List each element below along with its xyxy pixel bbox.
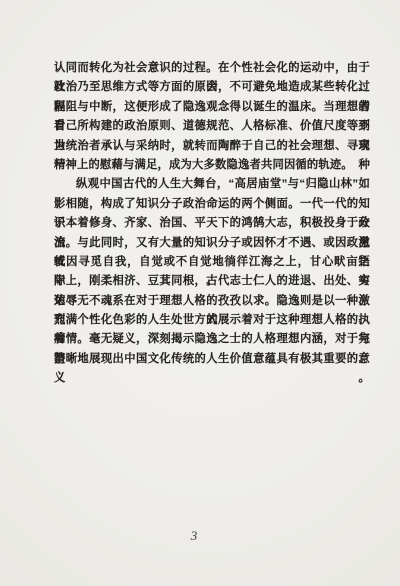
text-line: 充满个性化色彩的人生处世方式展示着对于这种理想人格的执着与 (54, 311, 370, 330)
text-line: 影相随，构成了知识分子政治命运的两个侧面。一代一代的知识分 (54, 195, 370, 214)
paragraph: 纵观中国古代的人生大舞台，“高居庙堂”与“归隐山林”如 影相随，构成了知识分子政… (54, 175, 370, 369)
text-line: 认同而转化为社会意识的过程。在个性社会化的运动中，由于社会、 (54, 59, 370, 78)
text-line: 纵观中国古代的人生大舞台，“高居庙堂”与“归隐山林”如 (54, 175, 370, 194)
text-line: 际上，刚柔相济、豆萁同根，古代志士仁人的进退、出处、穷达、 (54, 272, 370, 291)
text-line: 世统治者承认与采纳时，就转而陶醉于自己的社会理想、寻求一种 (54, 137, 370, 156)
text-line: 清晰地展现出中国文化传统的人生价值意蕴具有极其重要的意义。 (54, 350, 370, 369)
text-line: 或因寻觅自我，自觉或不自觉地徜徉江海之上，甘心畎亩之中。实 (54, 253, 370, 272)
paragraph: 认同而转化为社会意识的过程。在个性社会化的运动中，由于社会、 政治乃至思维方式等… (54, 59, 370, 175)
text-line: 隔阻与中断，这便形成了隐逸观念得以诞生的温床。当理想者看到 (54, 98, 370, 117)
page-number: 3 (0, 528, 400, 544)
text-line: 政治乃至思维方式等方面的原因，不可避免地造成某些转化过程的 (54, 78, 370, 97)
text-line: 精神上的慰藉与满足，成为大多数隐逸者共同因循的轨迹。 (54, 156, 370, 175)
text-line: 流。与此同时，又有大量的知识分子或因怀才不遇、或因政见牴牾 (54, 234, 370, 253)
text-line: 荣辱无不魂系在对于理想人格的孜孜以求。隐逸则是以一种激烈的、 (54, 292, 370, 311)
text-line: 痴情。毫无疑义，深刻揭示隐逸之士的人格理想内涵，对于完整、 (54, 330, 370, 349)
book-page-scan: 认同而转化为社会意识的过程。在个性社会化的运动中，由于社会、 政治乃至思维方式等… (0, 0, 400, 586)
body-text: 认同而转化为社会意识的过程。在个性社会化的运动中，由于社会、 政治乃至思维方式等… (54, 59, 370, 369)
text-line: 自己所构建的政治原则、道德规范、人格标准、价值尺度等不为现 (54, 117, 370, 136)
text-line: 子本着修身、齐家、治国、平天下的鸿鹄大志，积极投身于政治激 (54, 214, 370, 233)
